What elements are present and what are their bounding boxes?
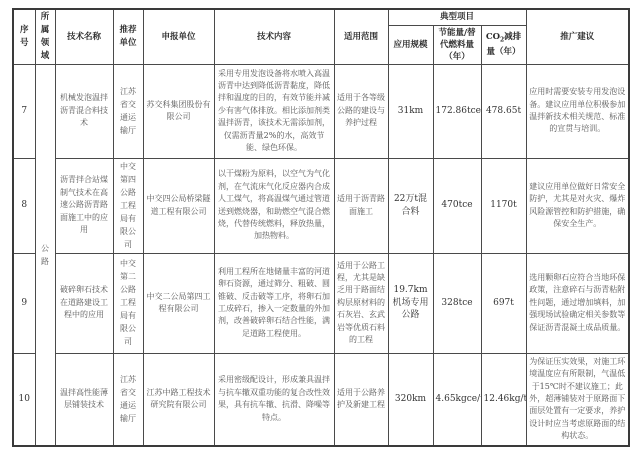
cell-suggestion: 应用时需要安装专用发泡设备。建议应用单位积极参加温拌新技术相关规范、标准的宣贯与… [526, 64, 629, 158]
cell-seq: 9 [13, 253, 35, 353]
table-row: 7 公路 机械发泡温拌沥青混合料技术 江苏省交通运输厅 苏交科集团股份有限公司 … [13, 64, 629, 158]
cell-energy-saving: 328tce [433, 253, 481, 353]
cell-co2: 1170t [481, 158, 526, 253]
cell-recommender: 江苏省交通运输厅 [113, 353, 143, 446]
cell-tech-name: 温拌高性能薄层铺装技术 [55, 353, 113, 446]
cell-seq: 8 [13, 158, 35, 253]
cell-applicant: 中交二公局第四工程有限公司 [143, 253, 214, 353]
cell-scope: 适用于各等级公路的建设与养护过程 [334, 64, 388, 158]
cell-co2: 697t [481, 253, 526, 353]
cell-tech-name: 机械发泡温拌沥青混合料技术 [55, 64, 113, 158]
cell-tech-content: 采用专用发泡设备将水喷入高温沥青中达到降低沥青黏度，降低拌和温度的目的，有效节能… [214, 64, 334, 158]
cell-suggestion: 为保证压实效果，对施工环境温度应有所限制，气温低于15℃时不建议施工；此外，超薄… [526, 353, 629, 446]
cell-tech-content: 采用密级配设计，形成兼具温拌与抗车辙双重功能的复合改性效果，具有抗车辙、抗滑、降… [214, 353, 334, 446]
cell-applicant: 中交四公局桥梁隧道工程有限公司 [143, 158, 214, 253]
cell-suggestion: 建议应用单位做好日常安全防护，尤其是对火灾、爆炸风险源管控和防护措施，确保安全生… [526, 158, 629, 253]
cell-tech-name: 沥青拌合站煤制气技术在高速公路沥青路面施工中的应用 [55, 158, 113, 253]
cell-suggestion: 选用颗卵石应符合当地环保政策，注意碎石与沥青粘附性问题，通过增加填料，加强现场试… [526, 253, 629, 353]
cell-scale: 31km [388, 64, 433, 158]
cell-energy-saving: 4.65kgce/t [433, 353, 481, 446]
cell-energy-saving: 470tce [433, 158, 481, 253]
cell-recommender: 中交第二公路工程局有限公司 [113, 253, 143, 353]
cell-scope: 适用于公路工程，尤其是缺乏用于路面结构层原材料的石灰岩、玄武岩等优质石料的工程 [334, 253, 388, 353]
cell-energy-saving: 172.86tce [433, 64, 481, 158]
cell-applicant: 苏交科集团股份有限公司 [143, 64, 214, 158]
table-row: 10 温拌高性能薄层铺装技术 江苏省交通运输厅 江苏中路工程技术研究院有限公司 … [13, 353, 629, 446]
header-scope: 适用范围 [334, 9, 388, 64]
cell-applicant: 江苏中路工程技术研究院有限公司 [143, 353, 214, 446]
cell-recommender: 中交第四公路工程局有限公司 [113, 158, 143, 253]
cell-tech-content: 以干煤粉为原料，以空气为气化剂，在气流床气化反应器内合成人工煤气，将高温煤气通过… [214, 158, 334, 253]
cell-domain: 公路 [35, 64, 55, 446]
cell-co2: 12.46kg/t [481, 353, 526, 446]
header-domain: 所属领域 [35, 9, 55, 64]
cell-scope: 适用于沥青路面施工 [334, 158, 388, 253]
cell-scale: 19.7km机场专用公路 [388, 253, 433, 353]
cell-scale: 22万t混合料 [388, 158, 433, 253]
cell-tech-content: 利用工程所在地储量丰富的河道卵石资源，通过筛分、粗破、圆锥破、反击破等工序，将卵… [214, 253, 334, 353]
table-row: 9 破碎卵石技术在道路建设工程中的应用 中交第二公路工程局有限公司 中交二公局第… [13, 253, 629, 353]
cell-tech-name: 破碎卵石技术在道路建设工程中的应用 [55, 253, 113, 353]
header-co2: CO2减排量（年） [481, 25, 526, 64]
header-tech-name: 技术名称 [55, 9, 113, 64]
cell-seq: 7 [13, 64, 35, 158]
header-energy-saving: 节能量/替代燃料量（年） [433, 25, 481, 64]
cell-scope: 适用于公路养护及新建工程 [334, 353, 388, 446]
technology-catalog-table: 序号 所属领域 技术名称 推荐单位 申报单位 技术内容 适用范围 典型项目 推广… [12, 8, 630, 447]
cell-recommender: 江苏省交通运输厅 [113, 64, 143, 158]
header-recommender: 推荐单位 [113, 9, 143, 64]
header-applicant: 申报单位 [143, 9, 214, 64]
header-suggestion: 推广建议 [526, 9, 629, 64]
cell-co2: 478.65t [481, 64, 526, 158]
header-tech-content: 技术内容 [214, 9, 334, 64]
header-scale: 应用规模 [388, 25, 433, 64]
table-row: 8 沥青拌合站煤制气技术在高速公路沥青路面施工中的应用 中交第四公路工程局有限公… [13, 158, 629, 253]
cell-scale: 320km [388, 353, 433, 446]
header-seq: 序号 [13, 9, 35, 64]
cell-seq: 10 [13, 353, 35, 446]
header-typical-project: 典型项目 [388, 9, 526, 25]
